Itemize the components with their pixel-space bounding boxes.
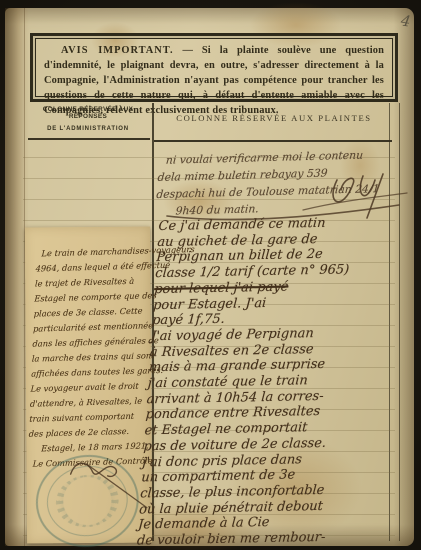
admin-header-line1: COLONNE RÉSERVÉE AUX RÉPONSES xyxy=(25,106,151,120)
page-number: 4 xyxy=(400,11,412,30)
photo-backdrop: 4 AVIS IMPORTANT. — Si la plainte soulèv… xyxy=(0,0,421,550)
register-page: 4 AVIS IMPORTANT. — Si la plainte soulèv… xyxy=(5,8,414,546)
response-note-lines: Le train de marchandises-voyageurs4964, … xyxy=(27,243,154,472)
complainant-signature-flourish xyxy=(155,170,413,226)
header-rule-left xyxy=(28,138,150,140)
complaints-column-header: COLONNE RÉSERVÉE AUX PLAINTES xyxy=(155,113,393,123)
complaint-text: Ce j'ai demandé ce matinau guichet de la… xyxy=(136,215,392,550)
handwritten-line: de vouloir bien me rembour- xyxy=(136,529,371,549)
admin-column-header: COLONNE RÉSERVÉE AUX RÉPONSES DE L'ADMIN… xyxy=(25,106,151,132)
important-notice-box: AVIS IMPORTANT. — Si la plainte soulève … xyxy=(30,33,398,102)
response-note: Le train de marchandises-voyageurs4964, … xyxy=(25,227,152,544)
header-rule-right xyxy=(154,140,392,142)
admin-header-line2: DE L'ADMINISTRATION xyxy=(25,126,151,132)
notice-title: AVIS IMPORTANT. xyxy=(61,45,174,56)
table-right-border-outer xyxy=(399,103,400,541)
table-right-border-inner xyxy=(389,103,390,541)
